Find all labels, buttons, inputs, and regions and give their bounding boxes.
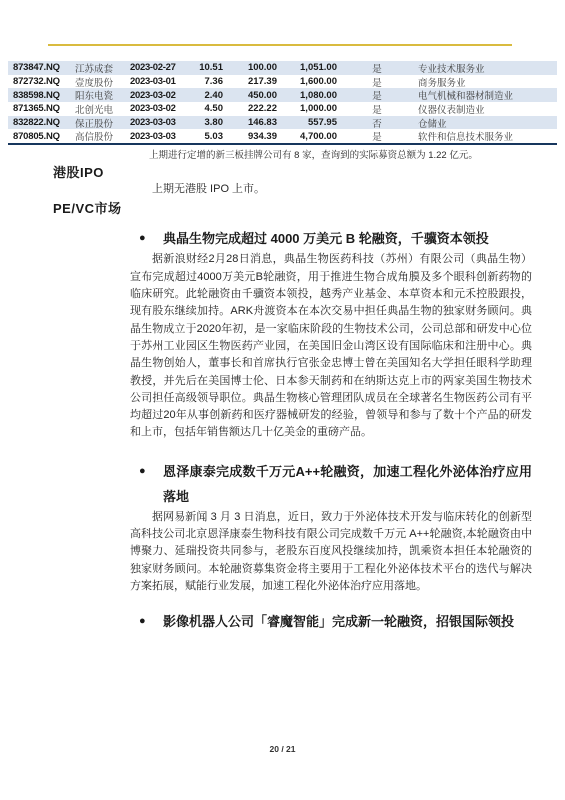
stock-code: 870805.NQ [8,131,72,142]
placement-date: 2023-03-02 [125,103,182,114]
flag-value: 是 [342,102,412,116]
bullet-title: ●典晶生物完成超过 4000 万美元 B 轮融资，千骥资本领投 [139,226,532,251]
issue-shares: 934.39 [228,131,282,142]
issue-shares: 450.00 [228,90,282,101]
flag-value: 是 [342,61,412,75]
industry-name: 电气机械和器材制造业 [412,88,557,102]
issue-shares: 100.00 [228,62,282,73]
issue-price: 7.36 [182,76,228,87]
flag-value: 是 [342,75,412,89]
industry-name: 软件和信息技术服务业 [412,129,557,143]
table-caption: 上期进行定增的新三板挂牌公司有 8 家，查询到的实际募资总额为 1.22 亿元。 [130,149,532,162]
section-heading-pevc: PE/VC市场 [53,198,565,217]
bullet-title-text: 典晶生物完成超过 4000 万美元 B 轮融资，千骥资本领投 [163,231,489,246]
industry-name: 仪器仪表制造业 [412,102,557,116]
issue-shares: 146.83 [228,117,282,128]
raised-amount: 1,000.00 [282,103,342,114]
company-name: 江苏成套 [72,61,125,75]
issue-price: 5.03 [182,131,228,142]
table-row: 871365.NQ 北创光电 2023-03-02 4.50 222.22 1,… [8,102,557,116]
bullet-icon: ● [139,226,146,251]
bullet-icon: ● [139,459,146,484]
section-hk-ipo: 港股IPO 上期无港股 IPO 上市。 [0,162,565,198]
table-row: 832822.NQ 保正股份 2023-03-03 3.80 146.83 55… [8,116,557,130]
stock-code: 871365.NQ [8,103,72,114]
bullet-title: ●影像机器人公司「睿魔智能」完成新一轮融资，招银国际领投 [139,609,532,634]
table-row: 872732.NQ 壹度股份 2023-03-01 7.36 217.39 1,… [8,75,557,89]
issue-shares: 222.22 [228,103,282,114]
section-pevc: PE/VC市场 ●典晶生物完成超过 4000 万美元 B 轮融资，千骥资本领投 … [0,198,565,634]
placement-table: 873847.NQ 江苏成套 2023-02-27 10.51 100.00 1… [8,61,557,145]
bullet-title: ●恩泽康泰完成数千万元A++轮融资，加速工程化外泌体治疗应用落地 [139,459,532,509]
stock-code: 872732.NQ [8,76,72,87]
flag-value: 是 [342,88,412,102]
header-rule [48,44,512,46]
raised-amount: 1,080.00 [282,90,342,101]
page-number: 20 / 21 [0,744,565,754]
stock-code: 873847.NQ [8,62,72,73]
issue-shares: 217.39 [228,76,282,87]
issue-price: 3.80 [182,117,228,128]
table-row: 873847.NQ 江苏成套 2023-02-27 10.51 100.00 1… [8,61,557,75]
industry-name: 仓储业 [412,116,557,130]
bullet-item: ●影像机器人公司「睿魔智能」完成新一轮融资，招银国际领投 [139,609,532,634]
stock-code: 838598.NQ [8,90,72,101]
raised-amount: 1,051.00 [282,62,342,73]
placement-date: 2023-03-03 [125,131,182,142]
raised-amount: 1,600.00 [282,76,342,87]
industry-name: 商务服务业 [412,75,557,89]
hk-ipo-paragraph: 上期无港股 IPO 上市。 [130,181,532,198]
placement-date: 2023-03-01 [125,76,182,87]
table-row: 870805.NQ 高信股份 2023-03-03 5.03 934.39 4,… [8,129,557,143]
bullet-icon: ● [139,609,146,634]
company-name: 阳东电瓷 [72,88,125,102]
placement-date: 2023-03-02 [125,90,182,101]
bullet-body: 据新浪财经2月28日消息，典晶生物医药科技（苏州）有限公司（典晶生物）宣布完成超… [130,251,532,441]
company-name: 北创光电 [72,102,125,116]
industry-name: 专业技术服务业 [412,61,557,75]
bullet-item: ●恩泽康泰完成数千万元A++轮融资，加速工程化外泌体治疗应用落地 [139,459,532,509]
flag-value: 否 [342,116,412,130]
flag-value: 是 [342,129,412,143]
issue-price: 10.51 [182,62,228,73]
raised-amount: 557.95 [282,117,342,128]
company-name: 壹度股份 [72,75,125,89]
company-name: 保正股份 [72,116,125,130]
stock-code: 832822.NQ [8,117,72,128]
issue-price: 2.40 [182,90,228,101]
table-row: 838598.NQ 阳东电瓷 2023-03-02 2.40 450.00 1,… [8,88,557,102]
bullet-title-text: 影像机器人公司「睿魔智能」完成新一轮融资，招银国际领投 [163,614,514,629]
report-page: 873847.NQ 江苏成套 2023-02-27 10.51 100.00 1… [0,0,565,800]
bullet-title-text: 恩泽康泰完成数千万元A++轮融资，加速工程化外泌体治疗应用落地 [163,464,532,504]
placement-date: 2023-03-03 [125,117,182,128]
bullet-item: ●典晶生物完成超过 4000 万美元 B 轮融资，千骥资本领投 [139,226,532,251]
placement-date: 2023-02-27 [125,62,182,73]
bullet-body: 据网易新闻 3 月 3 日消息，近日，致力于外泌体技术开发与临床转化的创新型高科… [130,509,532,595]
raised-amount: 4,700.00 [282,131,342,142]
company-name: 高信股份 [72,129,125,143]
issue-price: 4.50 [182,103,228,114]
section-heading-hk-ipo: 港股IPO [53,162,565,181]
